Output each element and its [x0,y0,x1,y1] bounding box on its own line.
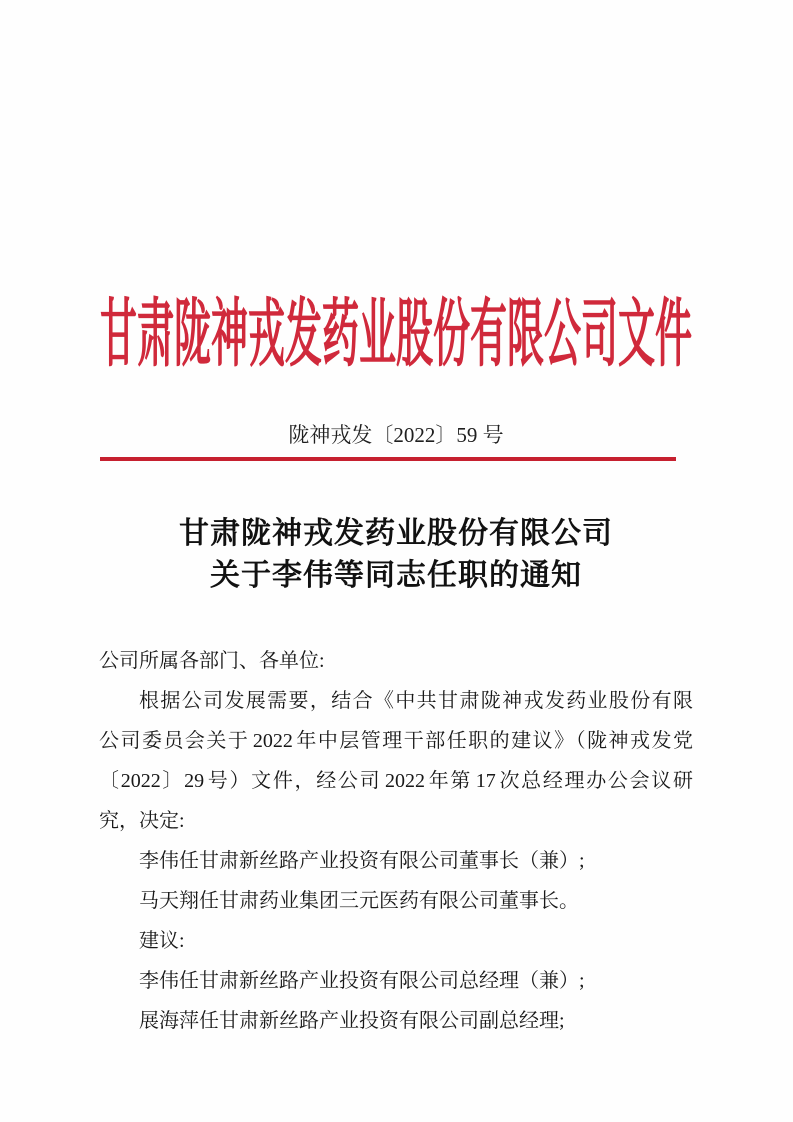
paragraph-line-1: 根据公司发展需要，结合《中共甘肃陇神戎发药业股份有限 [99,681,693,721]
notice-title-line-1: 甘肃陇神戎发药业股份有限公司 [99,513,693,555]
document-number: 陇神戎发〔2022〕59 号 [99,421,693,449]
appointment-line-1: 李伟任甘肃新丝路产业投资有限公司董事长（兼）; [99,841,693,881]
red-divider-rule [100,457,676,461]
notice-title: 甘肃陇神戎发药业股份有限公司 关于李伟等同志任职的通知 [99,513,693,597]
paragraph-line-2: 公司委员会关于 2022 年中层管理干部任职的建议》（陇神戎发党 [99,721,693,761]
company-masthead-title: 甘肃陇神戎发药业股份有限公司文件 [100,273,692,381]
notice-title-line-2: 关于李伟等同志任职的通知 [99,555,693,597]
appointment-line-2: 马天翔任甘肃药业集团三元医药有限公司董事长。 [99,881,693,921]
decision-lead-line: 究，决定: [99,801,693,841]
document-page: 甘肃陇神戎发药业股份有限公司文件 陇神戎发〔2022〕59 号 甘肃陇神戎发药业… [0,0,793,1122]
suggestion-label-line: 建议: [99,921,693,961]
notice-body: 公司所属各部门、各单位: 根据公司发展需要，结合《中共甘肃陇神戎发药业股份有限 … [99,641,693,1041]
suggestion-line-2: 展海萍任甘肃新丝路产业投资有限公司副总经理; [99,1001,693,1041]
suggestion-line-1: 李伟任甘肃新丝路产业投资有限公司总经理（兼）; [99,961,693,1001]
masthead-container: 甘肃陇神戎发药业股份有限公司文件 [99,281,693,373]
salutation-line: 公司所属各部门、各单位: [99,641,693,681]
paragraph-line-3: 〔2022〕29 号）文件，经公司 2022 年第 17 次总经理办公会议研 [99,761,693,801]
